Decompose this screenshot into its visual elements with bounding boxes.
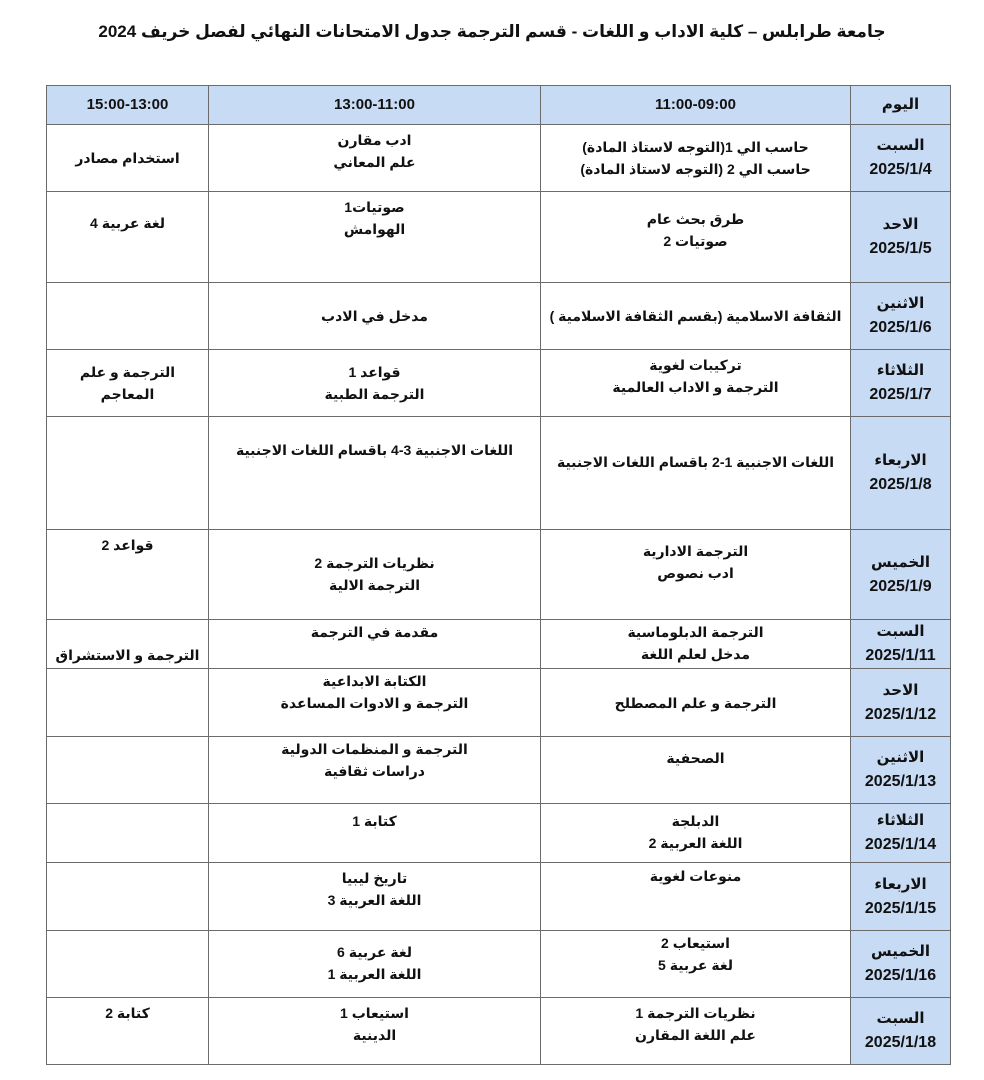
day-name: الثلاثاء [857,809,944,833]
cell-slot2: قواعد 1 الترجمة الطبية [209,350,541,417]
cell-slot3 [47,804,209,863]
course: الترجمة و الاستشراق [53,644,202,666]
cell-day: الاربعاء 2025/1/15 [851,863,951,931]
course: مدخل لعلم اللغة [547,643,844,665]
cell-slot2: تاريخ ليبيا اللغة العربية 3 [209,863,541,931]
cell-slot3: الترجمة و الاستشراق [47,620,209,669]
day-date: 2025/1/4 [857,158,944,182]
day-name: الاحد [857,213,944,237]
cell-slot2: لغة عربية 6 اللغة العربية 1 [209,931,541,998]
course: الترجمة و الاداب العالمية [547,376,844,398]
day-date: 2025/1/16 [857,964,944,988]
cell-day: الاثنين 2025/1/6 [851,283,951,350]
table-row: الترجمة و علم المعاجم قواعد 1 الترجمة ال… [47,350,951,417]
course: لغة عربية 6 [215,941,534,963]
day-name: السبت [857,1007,944,1031]
cell-day: الثلاثاء 2025/1/14 [851,804,951,863]
course: الترجمة و علم المعاجم [53,361,202,405]
cell-slot2: الكتابة الابداعية الترجمة و الادوات المس… [209,669,541,737]
course: الدينية [215,1024,534,1046]
table-row: مدخل في الادب الثقافة الاسلامية (بقسم ال… [47,283,951,350]
table-row: لغة عربية 4 صوتيات1 الهوامش طرق بحث عام … [47,192,951,283]
course: الترجمة و المنظمات الدولية [215,738,534,760]
header-slot3: 15:00-13:00 [47,86,209,125]
course: حاسب الي 1(التوجه لاستاذ المادة) [547,136,844,158]
cell-slot1: تركيبات لغوية الترجمة و الاداب العالمية [541,350,851,417]
day-name: الاثنين [857,746,944,770]
day-date: 2025/1/18 [857,1031,944,1055]
cell-day: الاربعاء 2025/1/8 [851,417,951,530]
table-row: استخدام مصادر ادب مقارن علم المعاني حاسب… [47,125,951,192]
cell-day: الاحد 2025/1/5 [851,192,951,283]
cell-slot1: منوعات لغوية [541,863,851,931]
cell-day: الثلاثاء 2025/1/7 [851,350,951,417]
cell-slot1: الثقافة الاسلامية (بقسم الثقافة الاسلامي… [541,283,851,350]
course: استيعاب 2 [547,932,844,954]
page-title: جامعة طرابلس – كلية الاداب و اللغات - قس… [0,22,984,42]
day-date: 2025/1/14 [857,833,944,857]
cell-slot2: مدخل في الادب [209,283,541,350]
table-row: الكتابة الابداعية الترجمة و الادوات المس… [47,669,951,737]
day-name: الاربعاء [857,873,944,897]
cell-slot3: كتابة 2 [47,998,209,1065]
course: علم المعاني [215,151,534,173]
course: نظريات الترجمة 1 [547,1002,844,1024]
cell-slot1: نظريات الترجمة 1 علم اللغة المقارن [541,998,851,1065]
course: الترجمة الالية [215,574,534,596]
course: استخدام مصادر [53,147,202,169]
day-name: الاحد [857,679,944,703]
course: حاسب الي 2 (التوجه لاستاذ المادة) [547,158,844,180]
course: دراسات ثقافية [215,760,534,782]
course: صوتيات1 [215,196,534,218]
course: تاريخ ليبيا [215,867,534,889]
day-date: 2025/1/9 [857,575,944,599]
day-name: السبت [857,620,944,644]
course: الثقافة الاسلامية (بقسم الثقافة الاسلامي… [547,305,844,327]
course: الترجمة الطبية [215,383,534,405]
course: لغة عربية 4 [53,212,202,234]
cell-slot2: نظريات الترجمة 2 الترجمة الالية [209,530,541,620]
course: الدبلجة [547,810,844,832]
course: الصحفية [547,747,844,769]
cell-slot2: كتابة 1 [209,804,541,863]
day-name: الخميس [857,551,944,575]
cell-slot1: الدبلجة اللغة العربية 2 [541,804,851,863]
course: قواعد 2 [53,534,202,556]
cell-slot3: قواعد 2 [47,530,209,620]
day-name: الخميس [857,940,944,964]
header-slot2: 13:00-11:00 [209,86,541,125]
course: تركيبات لغوية [547,354,844,376]
day-name: السبت [857,134,944,158]
day-date: 2025/1/8 [857,473,944,497]
table-row: لغة عربية 6 اللغة العربية 1 استيعاب 2 لغ… [47,931,951,998]
table-header-row: 15:00-13:00 13:00-11:00 11:00-09:00 اليو… [47,86,951,125]
course: منوعات لغوية [547,865,844,887]
cell-day: الخميس 2025/1/9 [851,530,951,620]
cell-day: الاثنين 2025/1/13 [851,737,951,804]
cell-slot1: اللغات الاجنبية 1-2 باقسام اللغات الاجنب… [541,417,851,530]
cell-slot2: استيعاب 1 الدينية [209,998,541,1065]
course: علم اللغة المقارن [547,1024,844,1046]
course: الترجمة و الادوات المساعدة [215,692,534,714]
header-slot1: 11:00-09:00 [541,86,851,125]
cell-slot1: الترجمة و علم المصطلح [541,669,851,737]
cell-slot3 [47,737,209,804]
cell-slot3 [47,417,209,530]
cell-day: السبت 2025/1/11 [851,620,951,669]
course: الترجمة و علم المصطلح [547,692,844,714]
day-date: 2025/1/15 [857,897,944,921]
cell-slot1: طرق بحث عام صوتيات 2 [541,192,851,283]
day-date: 2025/1/11 [857,644,944,668]
day-name: الاربعاء [857,449,944,473]
course: الهوامش [215,218,534,240]
table-row: كتابة 2 استيعاب 1 الدينية نظريات الترجمة… [47,998,951,1065]
day-date: 2025/1/5 [857,237,944,261]
course: قواعد 1 [215,361,534,383]
course: اللغات الاجنبية 1-2 باقسام اللغات الاجنب… [547,451,844,473]
cell-slot3 [47,931,209,998]
table-row: تاريخ ليبيا اللغة العربية 3 منوعات لغوية… [47,863,951,931]
cell-slot2: صوتيات1 الهوامش [209,192,541,283]
course: مدخل في الادب [215,305,534,327]
cell-slot1: الترجمة الادارية ادب نصوص [541,530,851,620]
course: ادب مقارن [215,129,534,151]
course: اللغة العربية 1 [215,963,534,985]
cell-slot2: ادب مقارن علم المعاني [209,125,541,192]
day-name: الاثنين [857,292,944,316]
cell-slot3 [47,669,209,737]
course: استيعاب 1 [215,1002,534,1024]
day-date: 2025/1/13 [857,770,944,794]
course: اللغات الاجنبية 3-4 باقسام اللغات الاجنب… [215,439,534,461]
table-row: الترجمة و الاستشراق مقدمة في الترجمة الت… [47,620,951,669]
course: ادب نصوص [547,562,844,584]
table-row: اللغات الاجنبية 3-4 باقسام اللغات الاجنب… [47,417,951,530]
day-date: 2025/1/7 [857,383,944,407]
course: طرق بحث عام [547,208,844,230]
cell-slot2: الترجمة و المنظمات الدولية دراسات ثقافية [209,737,541,804]
course: الترجمة الدبلوماسية [547,621,844,643]
cell-slot1: الترجمة الدبلوماسية مدخل لعلم اللغة [541,620,851,669]
course: كتابة 2 [53,1002,202,1024]
cell-day: الاحد 2025/1/12 [851,669,951,737]
course: نظريات الترجمة 2 [215,552,534,574]
day-date: 2025/1/12 [857,703,944,727]
cell-slot2: اللغات الاجنبية 3-4 باقسام اللغات الاجنب… [209,417,541,530]
table-row: كتابة 1 الدبلجة اللغة العربية 2 الثلاثاء… [47,804,951,863]
cell-slot3: استخدام مصادر [47,125,209,192]
course: صوتيات 2 [547,230,844,252]
cell-slot3 [47,283,209,350]
table-row: قواعد 2 نظريات الترجمة 2 الترجمة الالية … [47,530,951,620]
course: اللغة العربية 3 [215,889,534,911]
course: اللغة العربية 2 [547,832,844,854]
course: لغة عربية 5 [547,954,844,976]
header-day: اليوم [851,86,951,125]
cell-slot3 [47,863,209,931]
cell-slot3: الترجمة و علم المعاجم [47,350,209,417]
day-name: الثلاثاء [857,359,944,383]
cell-slot3: لغة عربية 4 [47,192,209,283]
course: مقدمة في الترجمة [215,621,534,643]
cell-day: السبت 2025/1/18 [851,998,951,1065]
day-date: 2025/1/6 [857,316,944,340]
cell-slot1: حاسب الي 1(التوجه لاستاذ المادة) حاسب ال… [541,125,851,192]
cell-slot2: مقدمة في الترجمة [209,620,541,669]
cell-slot1: استيعاب 2 لغة عربية 5 [541,931,851,998]
course: الكتابة الابداعية [215,670,534,692]
cell-day: الخميس 2025/1/16 [851,931,951,998]
exam-schedule-table: 15:00-13:00 13:00-11:00 11:00-09:00 اليو… [46,85,951,1065]
course: كتابة 1 [215,810,534,832]
cell-slot1: الصحفية [541,737,851,804]
table-row: الترجمة و المنظمات الدولية دراسات ثقافية… [47,737,951,804]
cell-day: السبت 2025/1/4 [851,125,951,192]
course: الترجمة الادارية [547,540,844,562]
